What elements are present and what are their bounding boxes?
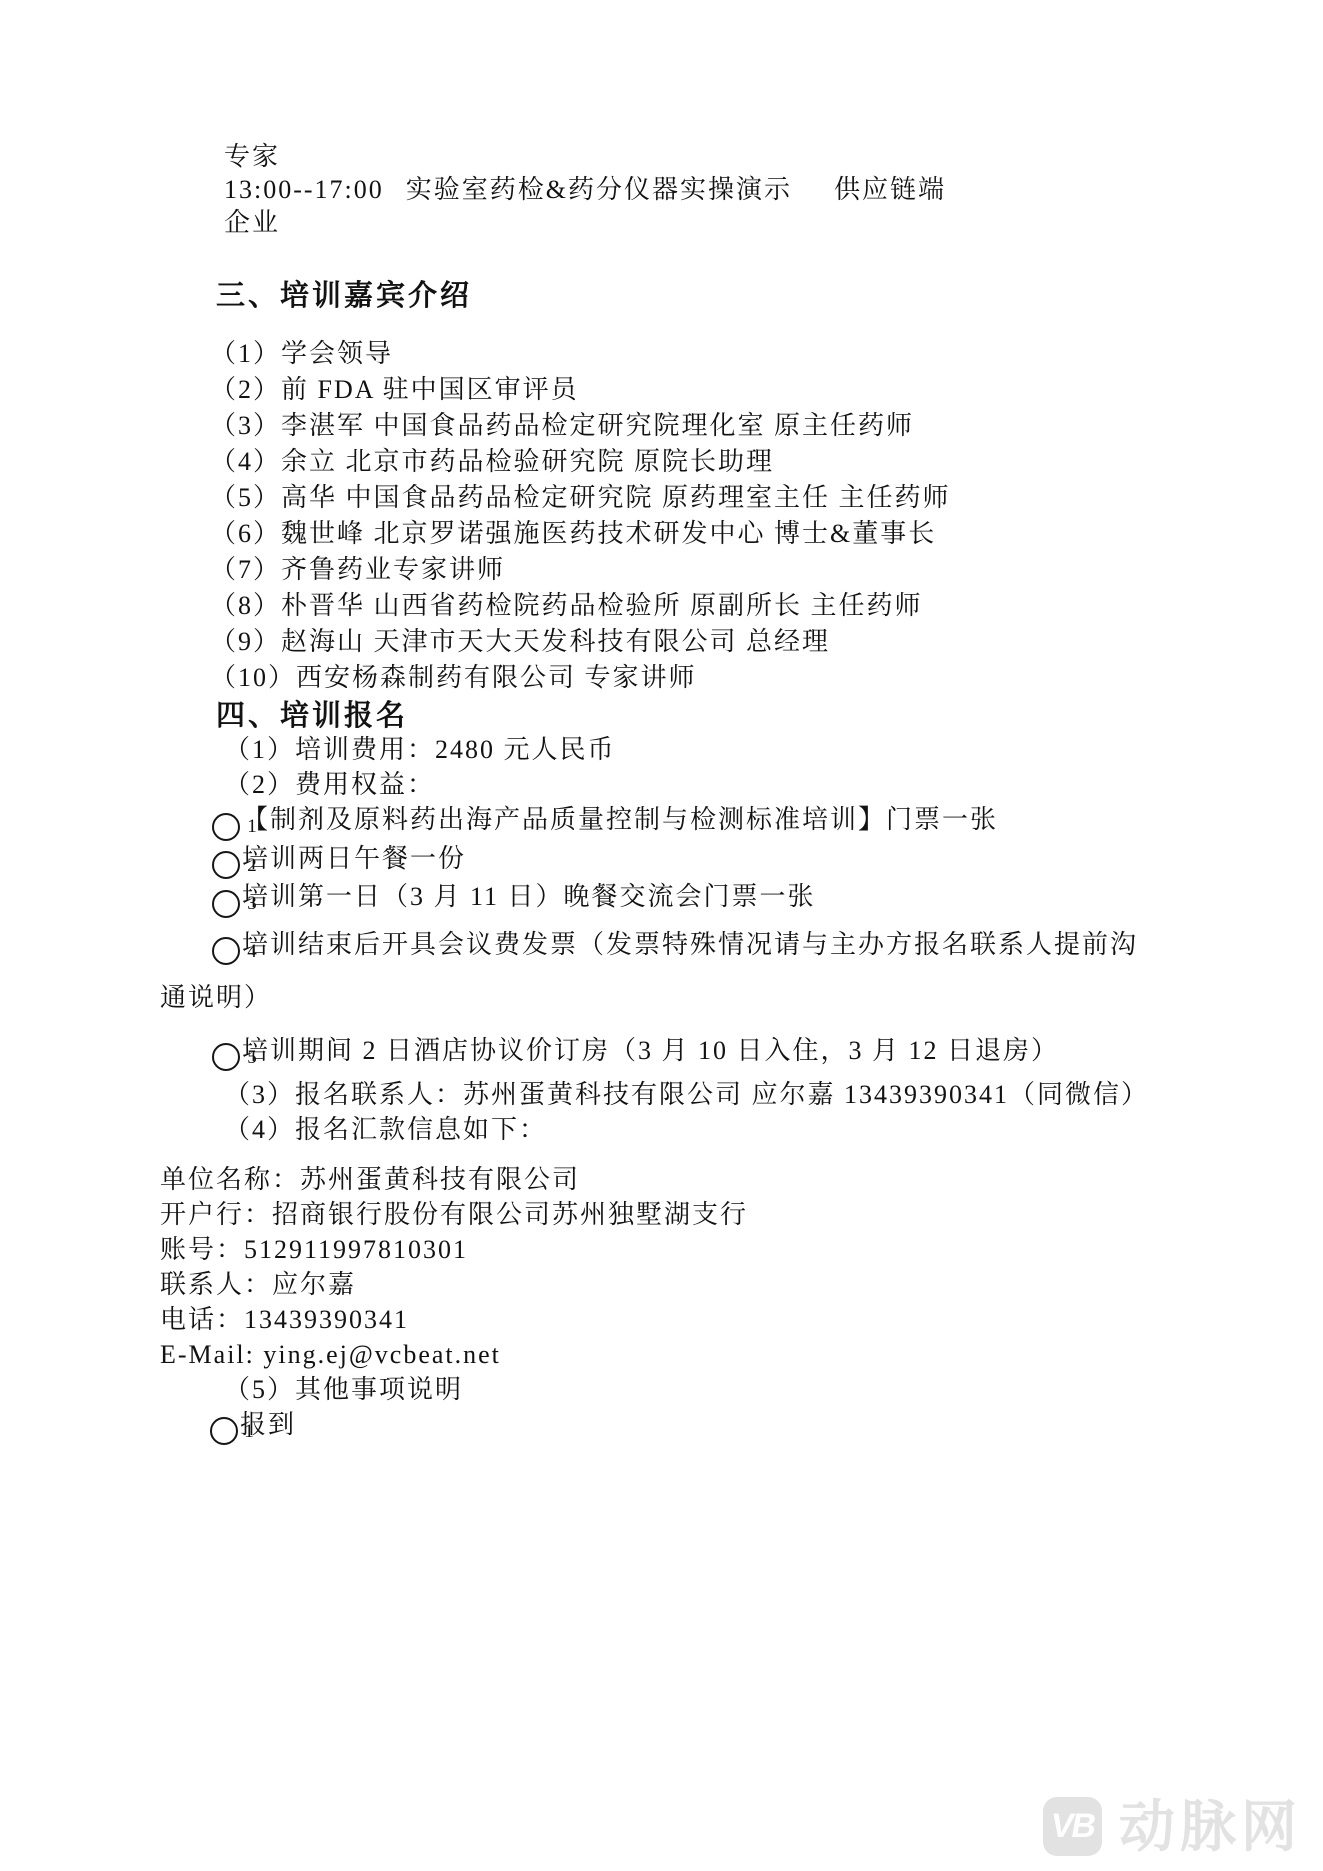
remittance-line-bank: 开户行：招商银行股份有限公司苏州独墅湖支行 bbox=[160, 1197, 1165, 1232]
schedule-time: 13:00--17:00 bbox=[224, 175, 384, 204]
other-note-item: 1报到 bbox=[160, 1407, 1165, 1446]
guest-item: （2）前 FDA 驻中国区审评员 bbox=[160, 372, 1165, 408]
document-content: 专家 13:00--17:00实验室药检&药分仪器实操演示供应链端 企业 三、培… bbox=[160, 140, 1165, 1445]
benefit-text: 培训结束后开具会议费发票（发票特殊情况请与主办方报名联系人提前沟通说明） bbox=[160, 930, 1138, 1012]
guest-item: （10）西安杨森制药有限公司 专家讲师 bbox=[160, 660, 1165, 696]
circled-number-icon: 1 bbox=[212, 813, 240, 841]
benefit-text: 培训两日午餐一份 bbox=[242, 844, 466, 873]
circled-number-icon: 2 bbox=[212, 851, 240, 879]
training-fee-line: （1）培训费用：2480 元人民币 bbox=[160, 732, 1165, 767]
vb-logo-icon: VB bbox=[1043, 1797, 1102, 1856]
table-fragment-audience-suffix: 企业 bbox=[160, 206, 1165, 239]
table-fragment-speaker: 专家 bbox=[160, 140, 1165, 173]
guest-item: （5）高华 中国食品药品检定研究院 原药理室主任 主任药师 bbox=[160, 480, 1165, 516]
guest-item: （4）余立 北京市药品检验研究院 原院长助理 bbox=[160, 444, 1165, 480]
document-page: 专家 13:00--17:00实验室药检&药分仪器实操演示供应链端 企业 三、培… bbox=[0, 0, 1323, 1871]
vb-logo-text: VB bbox=[1047, 1807, 1097, 1846]
benefit-item: 1【制剂及原料药出海产品质量控制与检测标准培训】门票一张 bbox=[160, 802, 1165, 841]
other-notes-label: （5）其他事项说明 bbox=[160, 1372, 1165, 1407]
benefit-item: 3培训第一日（3 月 11 日）晚餐交流会门票一张 bbox=[160, 879, 1165, 918]
remittance-line-contact: 联系人：应尔嘉 bbox=[160, 1267, 1165, 1302]
benefit-text: 培训期间 2 日酒店协议价订房（3 月 10 日入住，3 月 12 日退房） bbox=[242, 1036, 1059, 1065]
benefit-item: 5培训期间 2 日酒店协议价订房（3 月 10 日入住，3 月 12 日退房） bbox=[160, 1024, 1165, 1077]
guest-item: （7）齐鲁药业专家讲师 bbox=[160, 552, 1165, 588]
benefits-label: （2）费用权益： bbox=[160, 767, 1165, 802]
remittance-line-email: E-Mail: ying.ej@vcbeat.net bbox=[160, 1337, 1165, 1372]
guest-item: （6）魏世峰 北京罗诺强施医药技术研发中心 博士&董事长 bbox=[160, 516, 1165, 552]
circled-number-icon: 4 bbox=[212, 937, 240, 965]
table-fragment-schedule-row: 13:00--17:00实验室药检&药分仪器实操演示供应链端 bbox=[160, 173, 1165, 206]
benefit-text: 培训第一日（3 月 11 日）晚餐交流会门票一张 bbox=[242, 882, 816, 911]
vcbeat-watermark: VB 动脉网 bbox=[1043, 1797, 1302, 1856]
guest-item: （8）朴晋华 山西省药检院药品检验所 原副所长 主任药师 bbox=[160, 588, 1165, 624]
remittance-label: （4）报名汇款信息如下： bbox=[160, 1112, 1165, 1147]
circled-number-icon: 3 bbox=[212, 890, 240, 918]
remittance-line-phone: 电话：13439390341 bbox=[160, 1302, 1165, 1337]
circled-number-icon: 5 bbox=[212, 1043, 240, 1071]
benefit-text: 【制剂及原料药出海产品质量控制与检测标准培训】门票一张 bbox=[242, 805, 998, 834]
section-heading-guests: 三、培训嘉宾介绍 bbox=[160, 280, 1165, 312]
guest-item: （3）李湛军 中国食品药品检定研究院理化室 原主任药师 bbox=[160, 408, 1165, 444]
guest-item: （1）学会领导 bbox=[160, 336, 1165, 372]
circled-number-icon: 1 bbox=[210, 1417, 238, 1445]
remittance-line-company: 单位名称：苏州蛋黄科技有限公司 bbox=[160, 1162, 1165, 1197]
watermark-brand-text: 动脉网 bbox=[1119, 1797, 1302, 1856]
other-note-text: 报到 bbox=[240, 1410, 296, 1439]
section-heading-registration: 四、培训报名 bbox=[160, 700, 1165, 732]
remittance-line-account: 账号：512911997810301 bbox=[160, 1232, 1165, 1267]
schedule-audience: 供应链端 bbox=[834, 175, 946, 204]
schedule-session-title: 实验室药检&药分仪器实操演示 bbox=[406, 175, 792, 204]
benefit-item: 4培训结束后开具会议费发票（发票特殊情况请与主办方报名联系人提前沟通说明） bbox=[160, 918, 1165, 1024]
guest-item: （9）赵海山 天津市天大天发科技有限公司 总经理 bbox=[160, 624, 1165, 660]
registration-contact-line: （3）报名联系人：苏州蛋黄科技有限公司 应尔嘉 13439390341（同微信） bbox=[160, 1077, 1165, 1112]
benefit-item: 2培训两日午餐一份 bbox=[160, 841, 1165, 880]
